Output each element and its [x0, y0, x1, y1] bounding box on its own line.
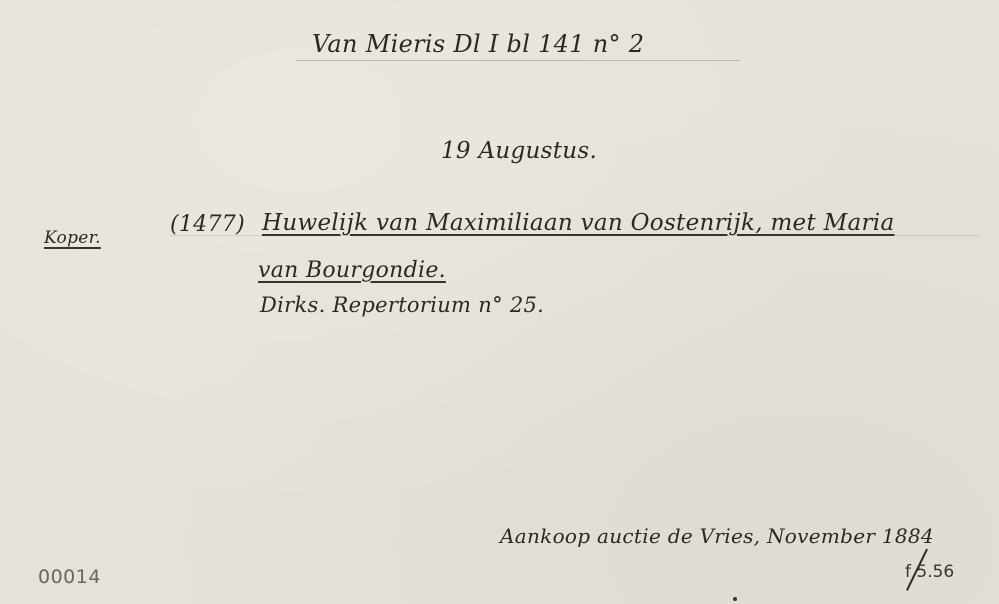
reference-text: Dirks. Repertorium n° 25.: [260, 293, 544, 317]
header-reference: Van Mieris Dl I bl 141 n° 2: [312, 30, 644, 58]
archive-card: Van Mieris Dl I bl 141 n° 2 19 Augustus.…: [0, 0, 999, 604]
catalog-number: 00014: [38, 566, 101, 588]
title-line-2: van Bourgondie.: [258, 258, 446, 283]
date-text: 19 Augustus.: [441, 138, 597, 164]
title-line-1: Huwelijk van Maximiliaan van Oostenrijk,…: [262, 210, 894, 236]
header-ruled-line: [296, 60, 740, 61]
margin-label: Koper.: [44, 228, 101, 248]
acquisition-note: Aankoop auctie de Vries, November 1884: [500, 524, 934, 548]
year-text: (1477): [170, 212, 245, 237]
bottom-mark: [733, 597, 737, 601]
price-text: f 5.56: [905, 562, 954, 582]
